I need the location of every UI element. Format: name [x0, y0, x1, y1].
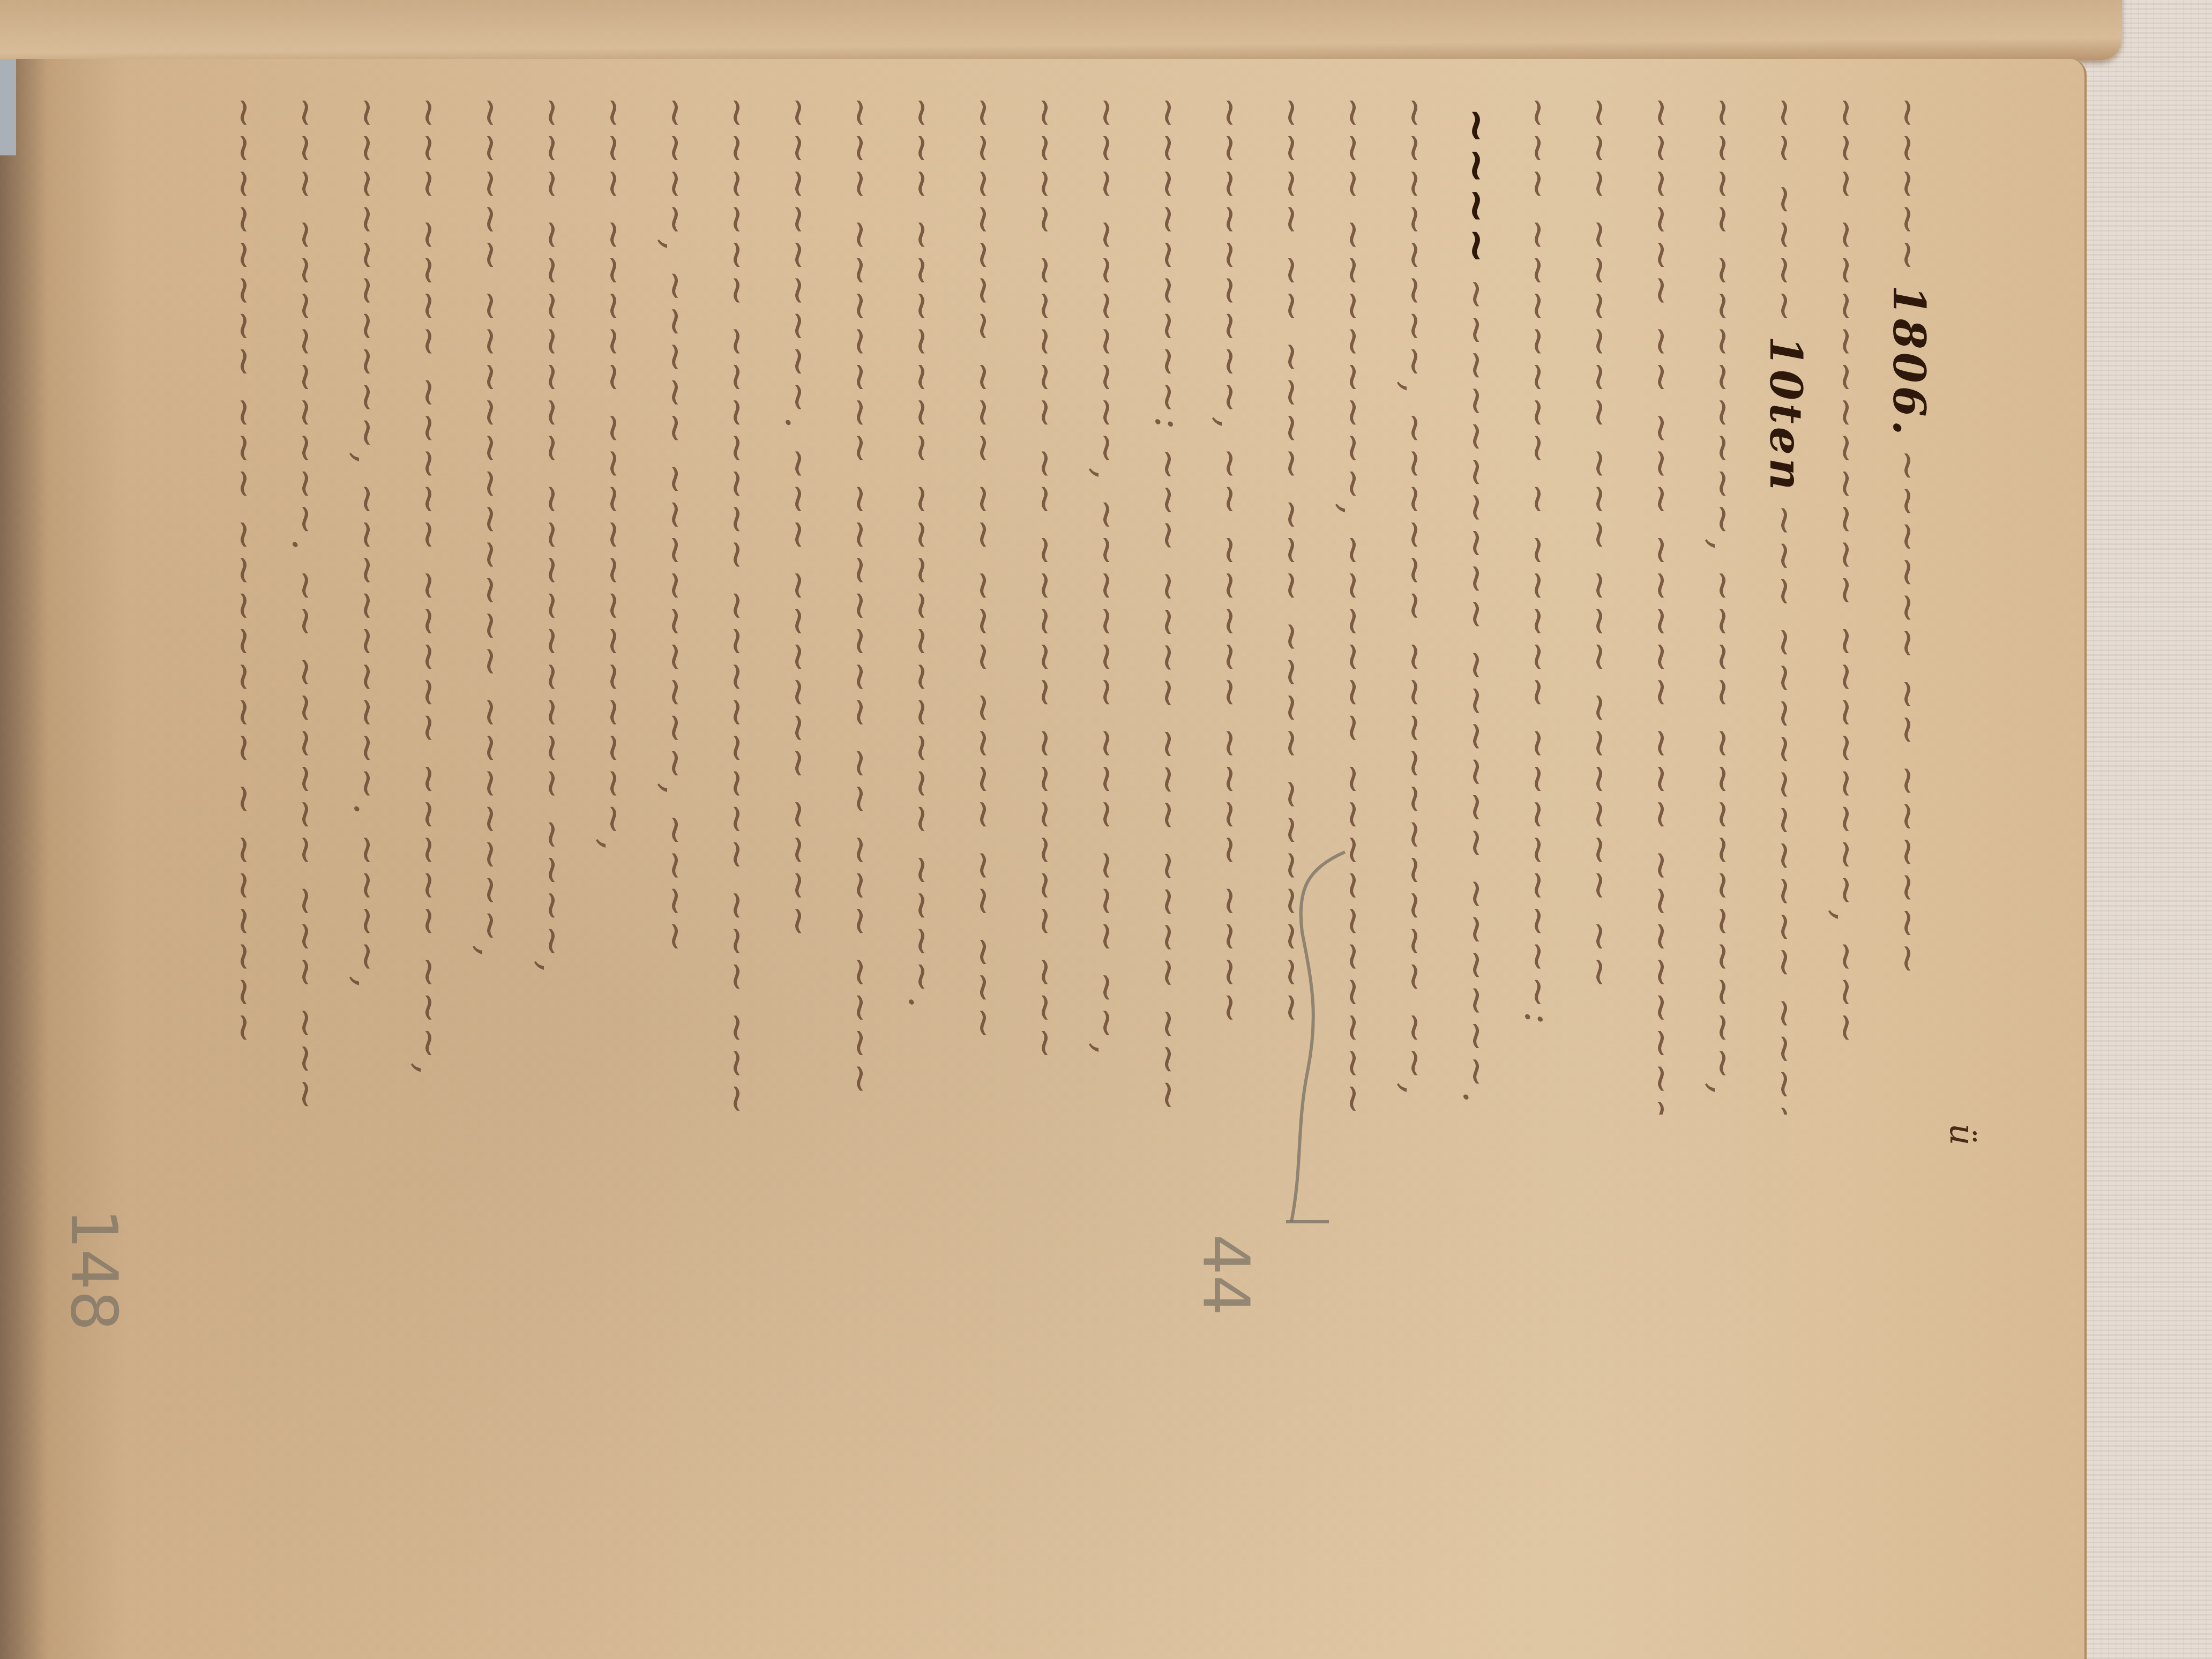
line-text: ~~~~~~~~~, ~~ ~~~~~ ~~~~ ~~~~: [1209, 96, 1254, 1027]
manuscript-text: ~~~~~1806.~~~~~~ ~~ ~~~~~~~~~ ~~~~~~~~~~…: [91, 96, 1940, 1115]
manuscript-line: ~~~ ~~~~~~ ~~~ ~~~ ~~~~~~ ~~: [1570, 96, 1632, 1115]
manuscript-line: ~~~~~~~~~, ~~ ~~~~~ ~~~~ ~~~~: [1200, 96, 1262, 1115]
manuscript-line: ~~~~~~ ~~ ~~~ ~~~~~ ~~~ ~~~~~~~~~: [1632, 96, 1693, 1115]
line-text: ~~~~~~:: [1517, 798, 1562, 1027]
line-text: ~~~ ~~~~~~~ ~~~~~~~ ~~ ~~~ ~~~~: [839, 96, 884, 1098]
line-text: ~~~ ~~~~ ~~~~~ ~~~~~ ~~~~~ ~~~,: [408, 96, 453, 1078]
line-text: ~~~ ~~~~~~~ ~~~~~~~~~ ~~~~,: [531, 96, 576, 976]
line-text: ~~~ ~~~~~~ ~~~ ~~~ ~~~~~~ ~~: [1579, 96, 1624, 991]
manuscript-line: ~~~~~~ ~~~~~~~ ~~~~~~~~ ~~~ ~~~: [707, 96, 769, 1115]
manuscript-line: ~~~~~ ~~~~~~~~~~~ ~~~~~~~,: [461, 96, 522, 1115]
line-text: ~~~~~: [1887, 96, 1932, 274]
line-text: ~~~ ~~~~~~~~~~ ~~~~~~: [1763, 504, 1809, 1115]
manuscript-line: ~~~ ~~~~~~~ ~~~~~~~~~ ~~~~,: [522, 96, 584, 1115]
line-text: ~~~~~~~~ ~~~~~~~~, ~~~: [1825, 325, 1870, 1047]
pencil-bracket-mark: [1286, 847, 1350, 1232]
manuscript-line: ~~~~~~~~~~, ~~~~~~~~~. ~~~~,: [338, 96, 399, 1115]
line-text: ~~~~~~~~, ~~~~~~ ~~~~~~~~~~ ~~,: [1394, 96, 1439, 1098]
manuscript-line: ~~~ ~~~~ ~~~~~ ~~~~~ ~~~~~ ~~~,: [399, 96, 461, 1115]
line-emphasis: 1806.: [1884, 285, 1935, 439]
line-text: ~~~~~ ~~~~~~~~~~~ ~~~~~~~,: [469, 96, 514, 960]
line-emphasis: 10ten: [1760, 336, 1812, 494]
line-text: ~~~ ~~~~~~~ ~ ~~~~~ ~~: [1517, 96, 1562, 798]
manuscript-line: ~~~~~~~~~~~~~~ ~~~~~~ ~~~~~~.: [1447, 96, 1508, 1115]
binding-shadow: [0, 59, 48, 1659]
manuscript-line: ~~~~, ~~~~~ ~~~~~~~~~, ~~~~: [646, 96, 707, 1115]
line-text: ~~ ~~~~: [1763, 96, 1809, 325]
line-text: ~~~~ ~~~~~ ~~ ~~~~~ ~~~~~~ ~~~: [1024, 96, 1069, 1063]
line-text: ~~~~~~ ~~~~~~~ ~~~~~~~~ ~~~ ~~~: [716, 96, 761, 1115]
binding-edge: [0, 59, 16, 155]
line-text: ~~~~~~ ~~ ~~~ ~~~~~ ~~~ ~~~~~~~~~: [1640, 96, 1685, 1115]
catchword: ü: [1942, 1123, 1982, 1145]
manuscript-line: ~~~ ~~~~~~~~~~~ ~~~~~~~~, ~~~: [1817, 96, 1878, 1115]
manuscript-line: ~~~~~~~~~: ~~~ ~~~~ ~~~ ~~~~ ~~~,: [1139, 96, 1200, 1115]
manuscript-line: ~~~~~1806.~~~~~~ ~~ ~~~~~~: [1878, 96, 1940, 1115]
line-text: ~~~~ ~~~~~~~~, ~~~~ ~~~~~~~~~~, ~~: [1702, 96, 1747, 1115]
manuscript-line: ~~~ ~~~~~~~ ~~~~~~~~~~ ~~~~.: [892, 96, 954, 1115]
manuscript-line: ~~ ~~~~10ten~~~ ~~~~~~~~~~ ~~~~~~: [1755, 96, 1817, 1115]
manuscript-line: ~~~~ ~~~~~~~~, ~~~~ ~~~~~~~~~~, ~~: [1693, 96, 1755, 1115]
line-text: ~~~~~~~~~~ ~~~~~~ ~~~~~~.: [1455, 278, 1500, 1107]
line-text: ~~~~~~ ~~ ~~~~~~: [1887, 449, 1932, 977]
line-text: ~~~ ~~~~~~~, ~~~~~~ ~~~ ~~~ ~~,: [1086, 96, 1131, 1058]
manuscript-line: ~~~ ~~~~~~~~~. ~~ ~~~~~~ ~~~ ~~~: [276, 96, 338, 1115]
line-text: ~~~ ~~~~~~~ ~~~~~~~~~~ ~~~~.: [901, 96, 946, 1011]
line-text: ~~~~~~~~ ~~~ ~~~~~~~ ~ ~~~~~~: [223, 96, 268, 1047]
line-text: ~~~~~~~~~: ~~~ ~~~~ ~~~ ~~~~ ~~~,: [1147, 96, 1192, 1115]
line-text: ~~~~, ~~~~~ ~~~~~~~~~, ~~~~: [654, 96, 699, 956]
line-text: ~~~~~~~~~~, ~~~~~~~~~. ~~~~,: [346, 96, 391, 991]
folio-number: 148: [56, 1208, 131, 1331]
manuscript-line: ~~~~ ~~~~~ ~~ ~~~~~ ~~~~~~ ~~~: [1015, 96, 1077, 1115]
line-text: ~~~ ~~~~~~~~~. ~~ ~~~~~~ ~~~ ~~~: [285, 96, 330, 1114]
manuscript-line: ~~~ ~~~~~~~ ~~~~~~~ ~~ ~~~ ~~~~: [831, 96, 892, 1115]
manuscript-line: ~~~~~~~~, ~~~~~~ ~~~~~~~~~~ ~~,: [1385, 96, 1447, 1115]
manuscript-line: ~~~ ~~~~~~~, ~~~~~~ ~~~ ~~~ ~~,: [1077, 96, 1139, 1115]
manuscript-line: ~~~~~~~ ~~~ ~~ ~~~ ~~~~ ~~ ~~~: [954, 96, 1015, 1115]
manuscript-line: ~~~ ~~~~~ ~~~~~~~~~~~~,: [584, 96, 646, 1115]
line-text: ~~~ ~~~: [1825, 96, 1870, 325]
manuscript-line: ~~~~~~~~ ~~~ ~~~~~~~ ~ ~~~~~~: [214, 96, 276, 1115]
line-text: ~~~ ~~~~~ ~~~~~~~~~~~~,: [593, 96, 638, 854]
pencil-mark: 44: [1188, 1234, 1262, 1316]
line-text: ~~~~~~~~~. ~~~ ~~~~~~ ~~~~: [778, 96, 823, 940]
manuscript-line: ~~~ ~~~~~~~ ~ ~~~~~ ~~~~~~~~:: [1508, 96, 1570, 1115]
line-emphasis: ~~~~: [1452, 107, 1504, 267]
manuscript-line: ~~~~~~~~~. ~~~ ~~~~~~ ~~~~: [769, 96, 831, 1115]
line-text: ~~~~~~~ ~~~ ~~ ~~~ ~~~~ ~~ ~~~: [962, 96, 1007, 1042]
